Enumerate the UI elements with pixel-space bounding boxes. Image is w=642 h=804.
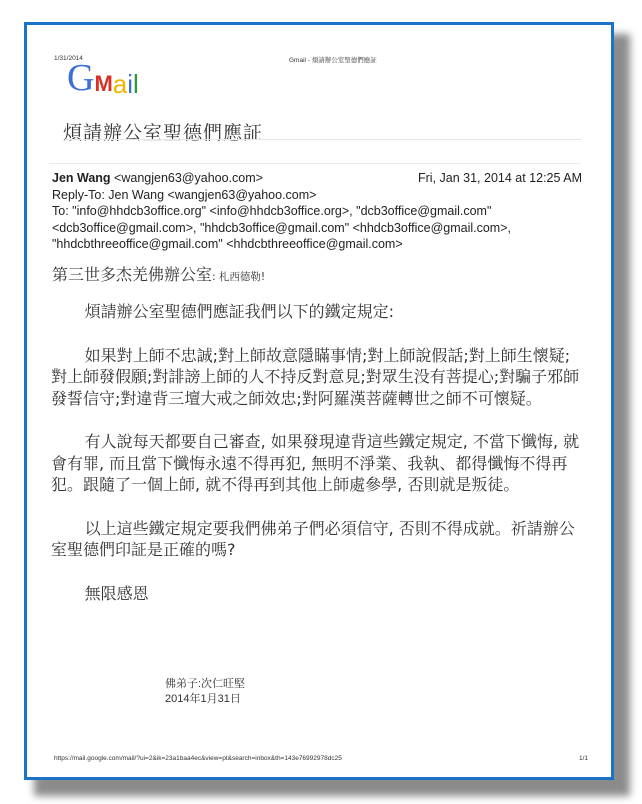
greeting-text: 第三世多杰羌佛辦公室 [52, 265, 212, 284]
body-paragraph: 如果對上師不忠誠;對上師故意隱瞞事情;對上師說假話;對上師生懷疑;對上師發假願;… [51, 345, 581, 410]
divider [65, 139, 581, 140]
reply-to-line: Reply-To: Jen Wang <wangjen63@yahoo.com> [52, 187, 582, 204]
print-footer-url: https://mail.google.com/mail/?ui=2&ik=23… [54, 755, 342, 762]
to-line: "hhdcbthreeoffice@gmail.com" <hhdcbthree… [52, 236, 582, 253]
closing: 無限感恩 [51, 583, 581, 605]
body-paragraph: 煩請辦公室聖德們應証我們以下的鐵定規定: [51, 301, 581, 323]
sender-address: <wangjen63@yahoo.com> [111, 171, 263, 185]
divider [49, 163, 581, 164]
print-header-title: Gmail - 煩請辦公室聖德們應証 [289, 55, 377, 64]
signature-date: 2014年1月31日 [165, 692, 245, 707]
body-paragraph: 有人說每天都要自己審查, 如果發現違背這些鐵定規定, 不當下懺悔, 就會有罪, … [51, 431, 581, 496]
logo-letter-g: G [67, 59, 94, 97]
email-date: Fri, Jan 31, 2014 at 12:25 AM [418, 170, 582, 187]
email-subject: 煩請辦公室聖德們應証 [63, 118, 263, 145]
greeting-suffix: : 札西德勒! [212, 271, 265, 283]
signature-block: 佛弟子:次仁旺堅 2014年1月31日 [165, 677, 245, 707]
email-meta: Jen Wang <wangjen63@yahoo.com> Fri, Jan … [52, 170, 582, 253]
email-body: 煩請辦公室聖德們應証我們以下的鐵定規定: 如果對上師不忠誠;對上師故意隱瞞事情;… [51, 301, 581, 626]
gmail-logo: G M a i l [67, 63, 139, 97]
signature-name: 佛弟子:次仁旺堅 [165, 677, 245, 692]
logo-letter-l: l [133, 71, 139, 97]
sender-name: Jen Wang [52, 171, 111, 185]
body-paragraph: 以上這些鐵定規定要我們佛弟子們必須信守, 否則不得成就。祈請辦公室聖德們印証是正… [51, 518, 581, 561]
greeting: 第三世多杰羌佛辦公室: 札西德勒! [52, 262, 265, 285]
print-footer-page: 1/1 [579, 755, 588, 762]
logo-letter-a: a [113, 71, 127, 97]
printed-page: 1/31/2014 Gmail - 煩請辦公室聖德們應証 G M a i l 煩… [24, 22, 614, 780]
to-line: To: "info@hhdcb3office.org" <info@hhdcb3… [52, 203, 582, 220]
to-line: <dcb3office@gmail.com>, "hhdcb3office@gm… [52, 220, 582, 237]
logo-envelope-m-icon: M [94, 73, 112, 95]
